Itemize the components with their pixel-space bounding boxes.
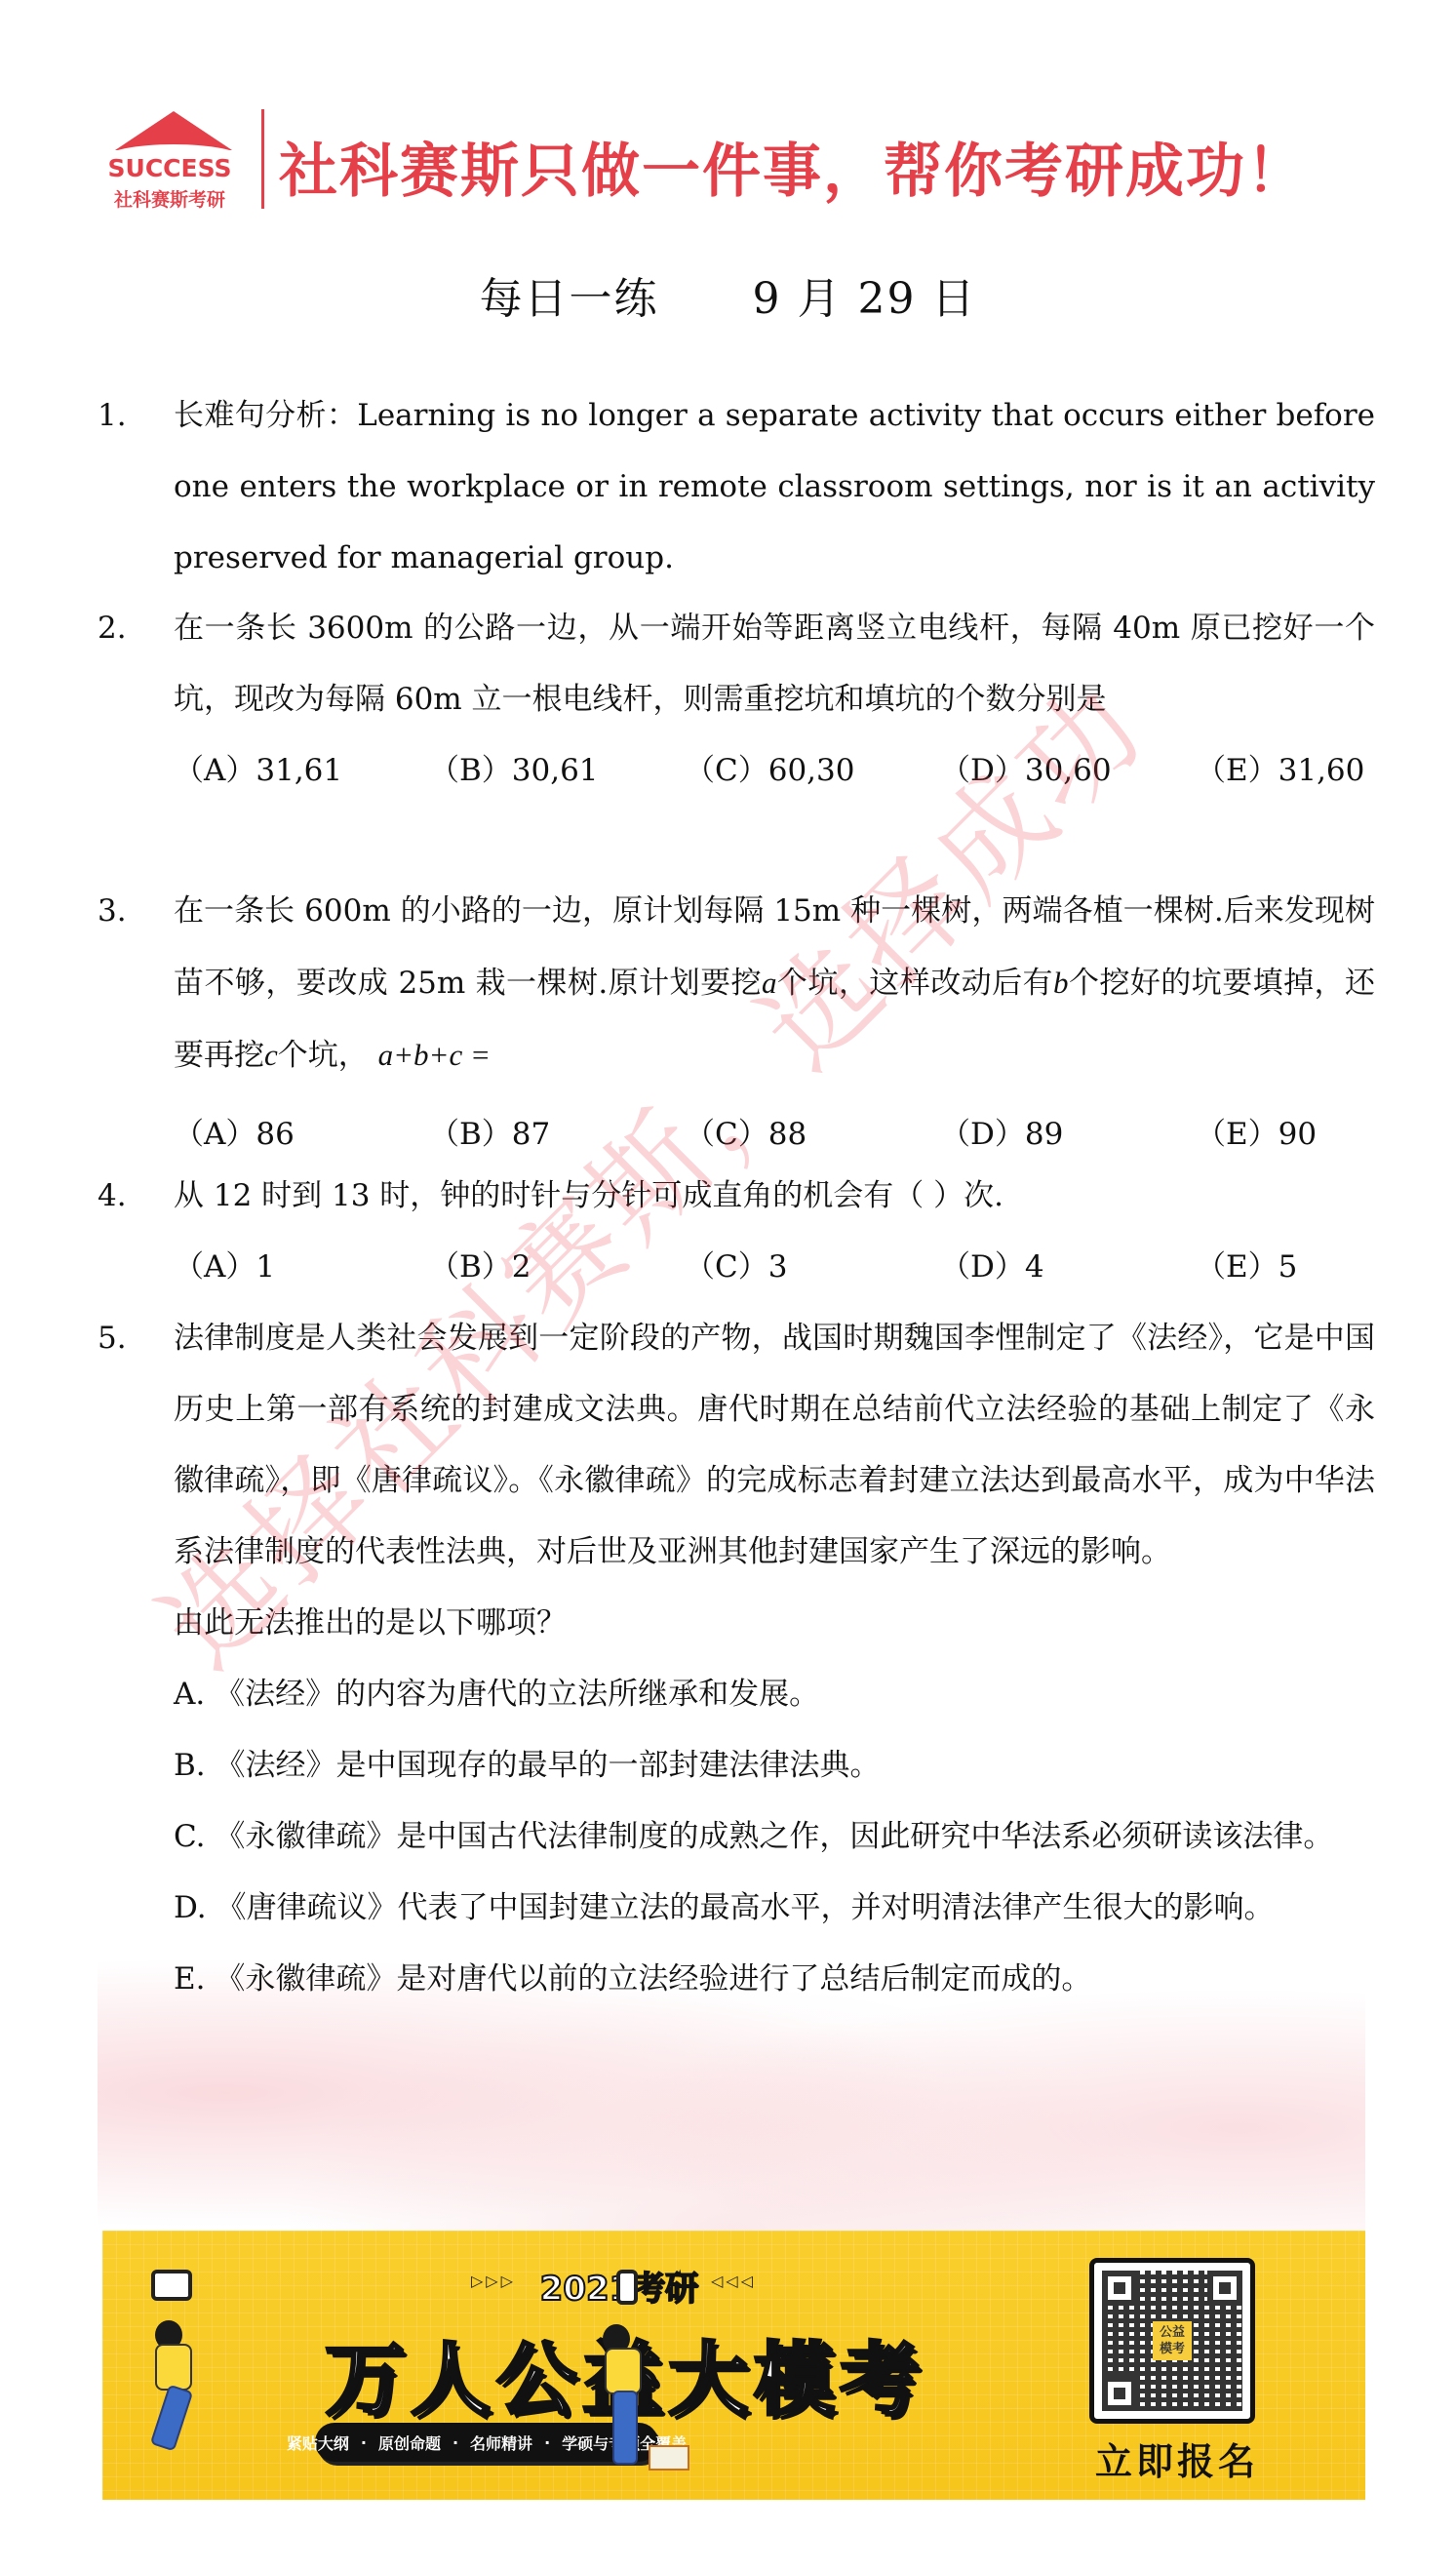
option-d: （D）30,60	[940, 735, 1112, 807]
qr-label-line: 模考	[1153, 2341, 1192, 2357]
promo-banner[interactable]: ▷▷▷ 2021考研 ◁◁◁ 万人公益大模考 紧贴大纲 · 原创命题 · 名师精…	[102, 2231, 1365, 2500]
question-text: 从 12 时到 13 时，钟的时针与分针可成直角的机会有（ ）次.	[174, 1161, 1375, 1232]
question-1: 1. 长难句分析：Learning is no longer a separat…	[98, 380, 1375, 594]
question-text: 法律制度是人类社会发展到一定阶段的产物，战国时期魏国李悝制定了《法经》，它是中国…	[174, 1303, 1375, 1588]
phone-icon	[151, 2270, 192, 2301]
separator: ·	[453, 2433, 458, 2452]
text-part: 个坑，	[278, 1038, 369, 1073]
option-a: A. 《法经》的内容为唐代的立法所继承和发展。	[174, 1659, 1375, 1730]
success-logo: SUCCESS 社科赛斯考研	[98, 107, 242, 215]
feature-3: 名师精讲	[470, 2432, 532, 2454]
option-a: （A）1	[174, 1232, 275, 1303]
variable-a: a	[762, 966, 777, 1000]
qr-finder	[1102, 2271, 1137, 2306]
qr-pattern: 公益 模考	[1102, 2271, 1242, 2411]
option-c: （C）60,30	[685, 735, 854, 807]
question-number: 5.	[98, 1303, 156, 1374]
formula: a+b+c =	[378, 1038, 491, 1072]
register-now-button[interactable]: 立即报名	[1089, 2432, 1265, 2485]
question-number: 2.	[98, 593, 156, 664]
option-e: （E）5	[1196, 1232, 1297, 1303]
option-b: （B）30,61	[429, 735, 599, 807]
logo-chinese: 社科赛斯考研	[98, 185, 242, 212]
option-c: （C）3	[685, 1232, 787, 1303]
options-row: （A）1 （B）2 （C）3 （D）4 （E）5	[174, 1232, 1375, 1303]
page-title: 每日一练 9 月 29 日	[0, 263, 1456, 326]
option-a: （A）31,61	[174, 735, 342, 807]
header-divider	[261, 109, 264, 209]
girl-illustration-left	[145, 2270, 204, 2465]
options-row: （A）31,61 （B）30,61 （C）60,30 （D）30,60 （E）3…	[174, 735, 1375, 807]
question-number: 3.	[98, 876, 156, 947]
question-text: 在一条长 3600m 的公路一边，从一端开始等距离竖立电线杆，每隔 40m 原已…	[174, 593, 1375, 735]
girl-illustration-right	[595, 2270, 653, 2465]
feature-2: 原创命题	[378, 2432, 441, 2454]
illustration-pants	[150, 2385, 194, 2452]
logo-english: SUCCESS	[98, 154, 242, 182]
variable-c: c	[264, 1038, 278, 1072]
feature-1: 紧贴大纲	[287, 2432, 349, 2454]
question-text: 长难句分析：Learning is no longer a separate a…	[174, 380, 1375, 594]
question-number: 1.	[98, 380, 156, 452]
separator: ·	[361, 2433, 367, 2452]
qr-center-label: 公益 模考	[1153, 2321, 1192, 2360]
arrows-right-icon: ◁◁◁	[711, 2272, 756, 2290]
option-d: （D）4	[940, 1232, 1044, 1303]
option-c: C. 《永徽律疏》是中国古代法律制度的成熟之作，因此研究中华法系必须研读该法律。	[174, 1801, 1375, 1873]
illustration-shirt	[155, 2344, 192, 2391]
question-text: 在一条长 600m 的小路的一边，原计划每隔 15m 种一棵树，两端各植一棵树.…	[174, 876, 1375, 1091]
page-header: SUCCESS 社科赛斯考研 社科赛斯只做一件事，帮你考研成功！	[98, 107, 1365, 215]
phone-icon	[616, 2270, 638, 2305]
option-d: D. 《唐律疏议》代表了中国封建立法的最高水平，并对明清法律产生很大的影响。	[174, 1873, 1375, 1944]
option-e: （E）31,60	[1196, 735, 1364, 807]
question-5: 5. 法律制度是人类社会发展到一定阶段的产物，战国时期魏国李悝制定了《法经》，它…	[98, 1303, 1375, 2015]
qr-label-line: 公益	[1153, 2324, 1192, 2341]
variable-b: b	[1053, 966, 1069, 1000]
option-b: （B）2	[429, 1232, 531, 1303]
separator: ·	[544, 2433, 550, 2452]
qr-finder	[1102, 2376, 1137, 2411]
question-prompt: 由此无法推出的是以下哪项？	[174, 1588, 1375, 1659]
slogan: 社科赛斯只做一件事，帮你考研成功！	[279, 125, 1307, 209]
illustration-shirt	[605, 2348, 642, 2394]
question-number: 4.	[98, 1161, 156, 1232]
text-part: 个坑，这样改动后有	[776, 966, 1053, 1001]
option-e: E. 《永徽律疏》是对唐代以前的立法经验进行了总结后制定而成的。	[174, 1944, 1375, 2015]
option-b: B. 《法经》是中国现存的最早的一部封建法律法典。	[174, 1730, 1375, 1801]
question-3: 3. 在一条长 600m 的小路的一边，原计划每隔 15m 种一棵树，两端各植一…	[98, 876, 1375, 1170]
qr-code[interactable]: 公益 模考	[1089, 2258, 1255, 2424]
qr-finder	[1207, 2271, 1242, 2306]
question-2: 2. 在一条长 3600m 的公路一边，从一端开始等距离竖立电线杆，每隔 40m…	[98, 593, 1375, 807]
illustration-pants	[612, 2391, 638, 2465]
books-icon	[649, 2445, 689, 2471]
question-4: 4. 从 12 时到 13 时，钟的时针与分针可成直角的机会有（ ）次. （A）…	[98, 1161, 1375, 1303]
